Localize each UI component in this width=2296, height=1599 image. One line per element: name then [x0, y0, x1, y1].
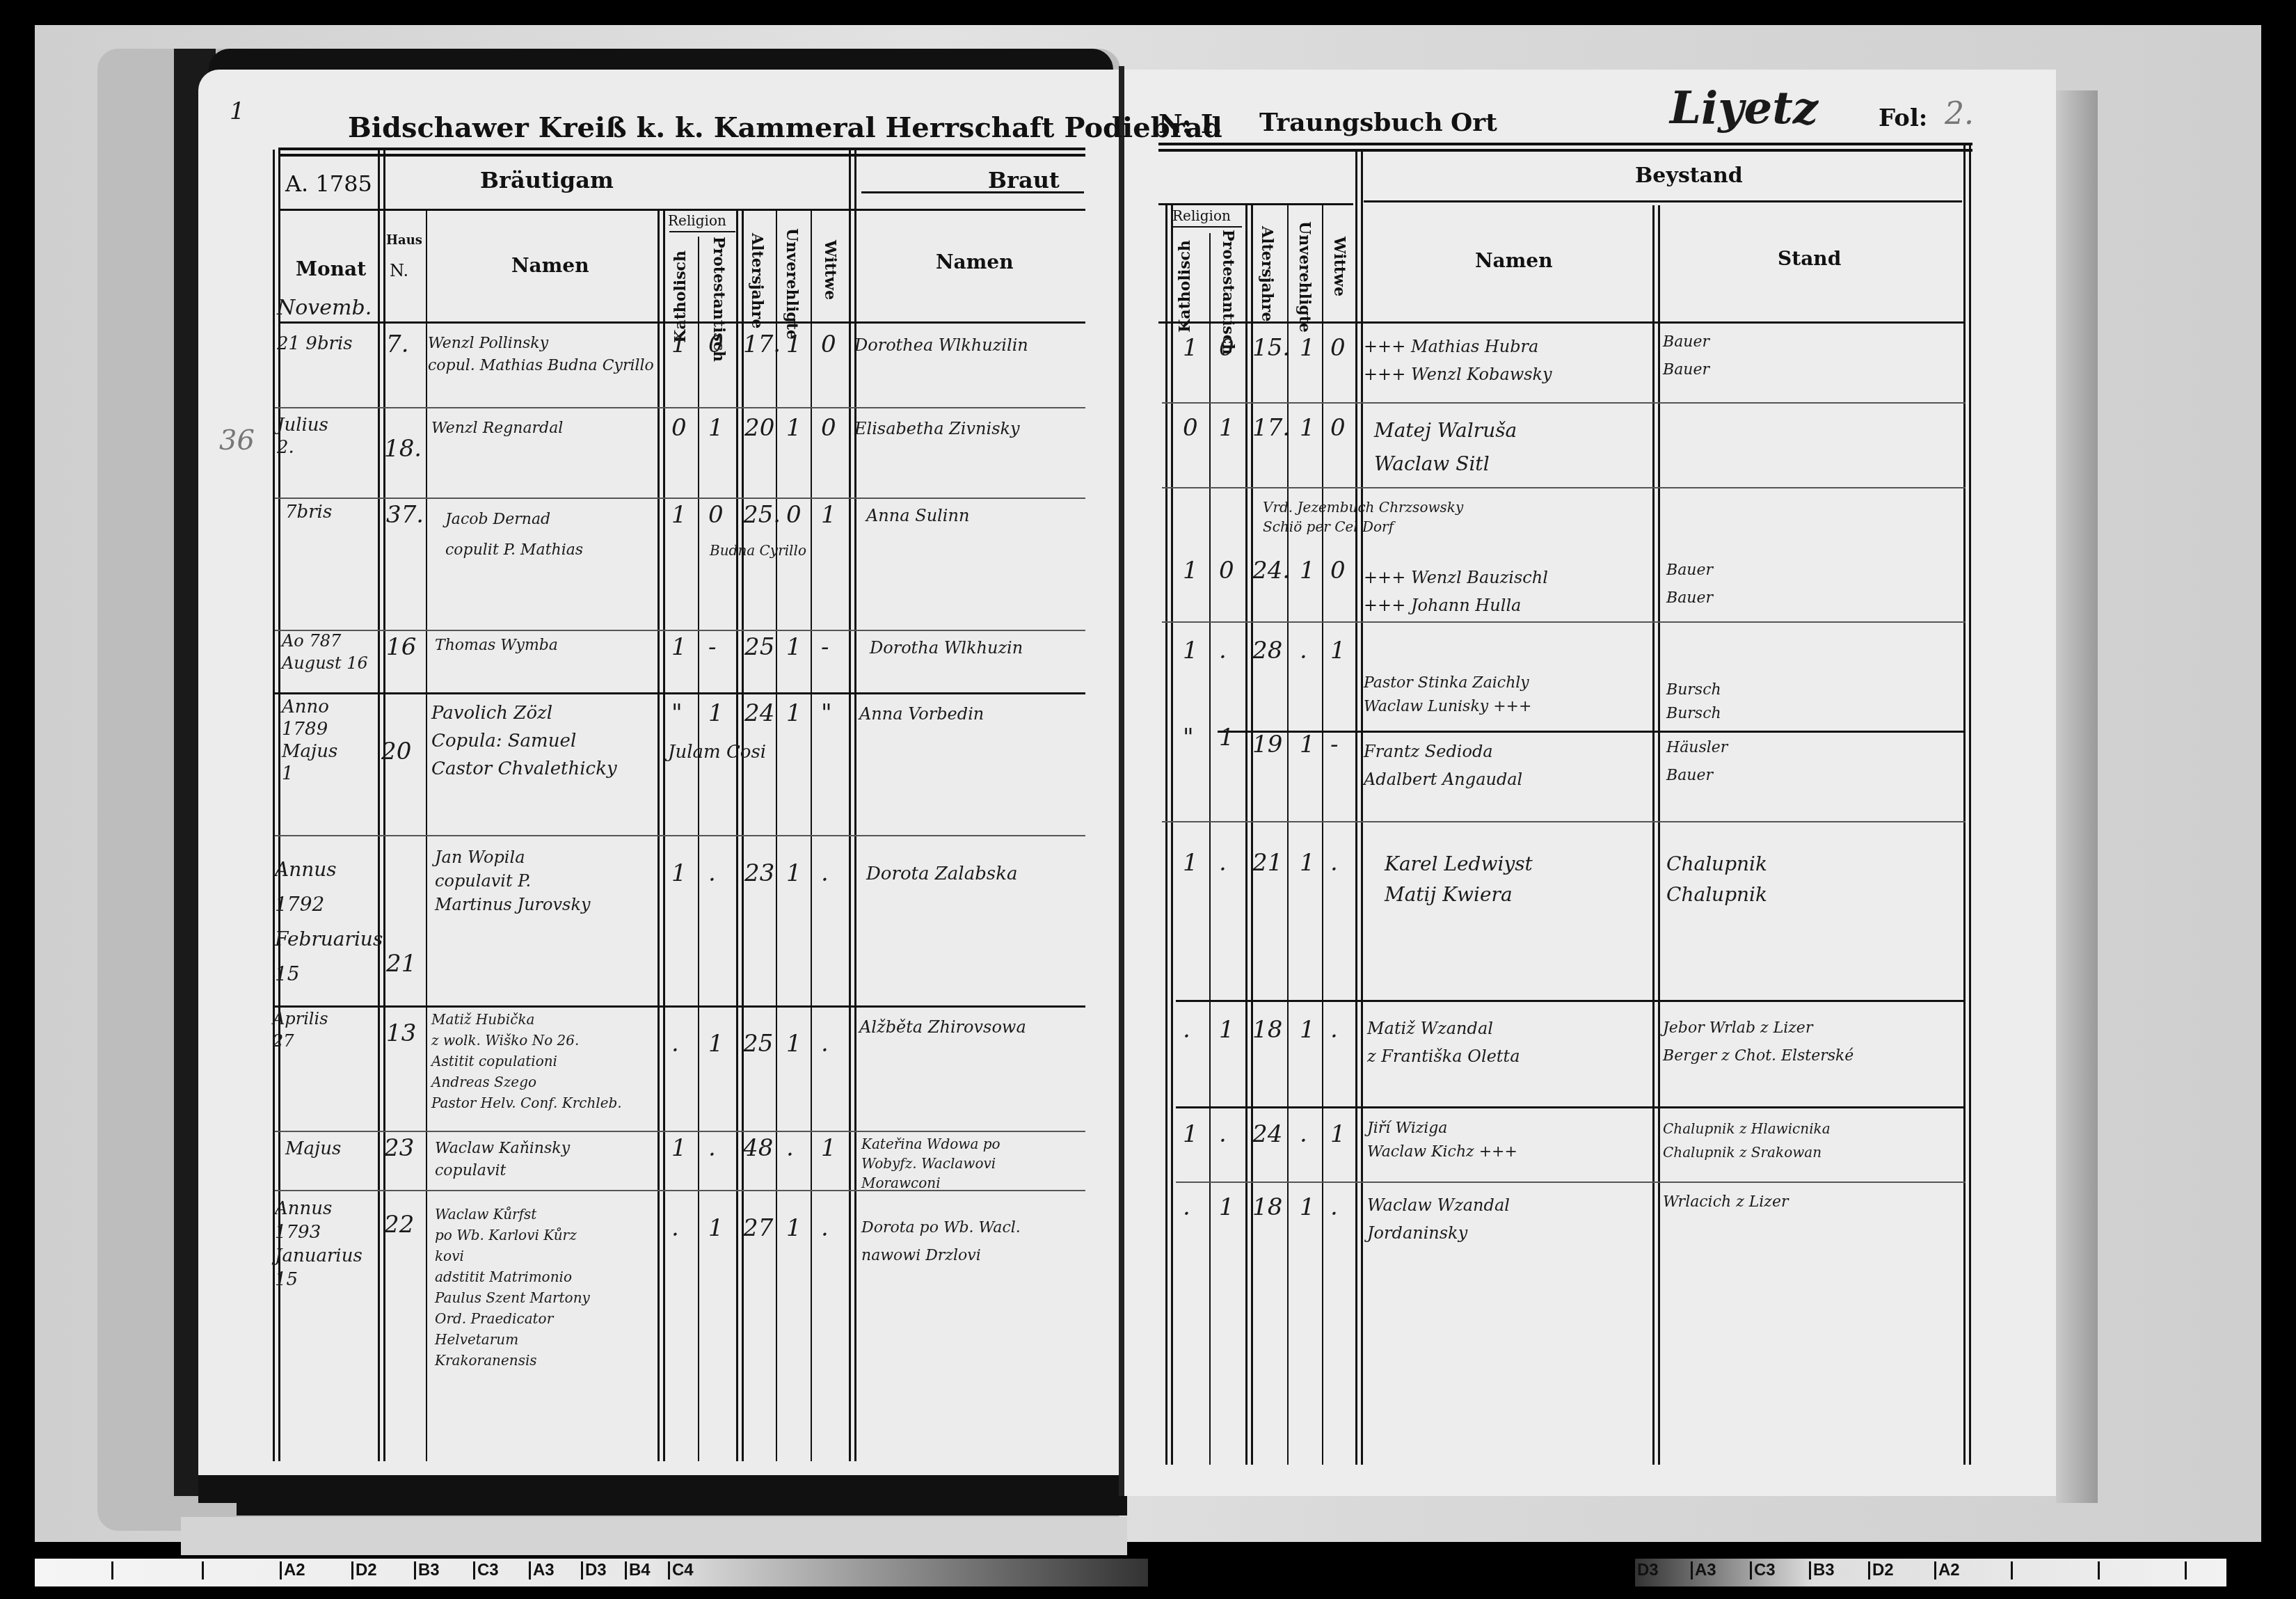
row-witnesses: Pastor Stinka Zaichly Waclaw Lunisky +++	[1364, 671, 1531, 719]
right-col-divider-wittwe	[1355, 150, 1357, 1465]
left-table-top-border	[278, 148, 1085, 150]
row-prot: .	[1219, 1120, 1227, 1148]
right-col-divider-alter	[1287, 205, 1289, 1465]
row-wittwe: 0	[1330, 414, 1346, 442]
row-note: Vrd. Jezembuch Chrzsowsky Schiö per Cel …	[1263, 498, 1463, 536]
row-wittwe: -	[1330, 731, 1339, 758]
row-monat: Julius 2.	[277, 414, 328, 459]
row-alter: 24	[744, 699, 774, 727]
ort-label: Ort	[1451, 108, 1497, 137]
row-haus: 18.	[384, 435, 422, 463]
row-stand: Bauer Bauer	[1663, 328, 1709, 384]
ruler-tick: D2	[1868, 1561, 1870, 1580]
row-rule	[1176, 1106, 1966, 1108]
row-groom: Wenzl Regnardal	[431, 417, 563, 440]
row-kath: 1	[1183, 849, 1198, 877]
ruler-tick: A3	[1691, 1561, 1693, 1580]
row-prot: 0	[708, 501, 724, 529]
row-kath: .	[1183, 1193, 1190, 1221]
row-stand: Häusler Bauer	[1666, 734, 1728, 790]
row-kath: .	[671, 1214, 679, 1242]
religion-underline	[669, 231, 735, 232]
row-unver: 1	[786, 1030, 802, 1058]
row-unver: 1	[786, 699, 802, 727]
month-heading: Novemb.	[277, 296, 372, 320]
row-haus: 16	[386, 633, 416, 661]
row-wittwe: 0	[821, 414, 836, 442]
folio-number: 2.	[1945, 96, 1974, 132]
row-kath: "	[1183, 724, 1194, 751]
row-prot: -	[708, 633, 717, 661]
row-haus: 37.	[386, 501, 424, 529]
row-bride: Elisabetha Zivnisky	[854, 417, 1020, 440]
beystand-underline	[1364, 200, 1962, 202]
row-rule	[275, 498, 1085, 499]
right-religion-block-rule	[1158, 203, 1353, 205]
row-kath: 1	[671, 1134, 687, 1162]
col-header-bride-namen: Namen	[936, 250, 1014, 273]
right-col-header-unverehligte: Unverehligte	[1296, 221, 1314, 333]
ruler-tick: A2	[1934, 1561, 1936, 1580]
row-unver: 1	[1300, 334, 1315, 362]
row-bride: Anna Sulinn	[866, 504, 969, 527]
witness-header: Beystand	[1635, 164, 1743, 188]
row-kath: .	[671, 1030, 679, 1058]
row-kath: 1	[1183, 557, 1198, 584]
row-alter: 23	[744, 859, 774, 887]
row-wittwe: .	[821, 859, 829, 887]
ruler-tick: A3	[529, 1561, 531, 1580]
row-groom: Jacob Dernad copulit P. Mathias	[445, 504, 583, 566]
row-alter: 24	[1252, 1120, 1282, 1148]
ruler-tick: A2	[280, 1561, 282, 1580]
row-alter: 48	[743, 1134, 773, 1162]
row-groom: Wenzl Pollinsky copul. Mathias Budna Cyr…	[428, 333, 654, 377]
row-haus: 23	[384, 1134, 414, 1162]
col-header-wittwe: Wittwe	[821, 240, 839, 300]
row-wittwe: .	[1330, 1016, 1338, 1044]
scan-ruler-right: D3 A3 C3 B3 D2 A2	[1635, 1559, 2226, 1586]
row-groom: Pavolich Zözl Copula: Samuel Castor Chva…	[431, 699, 617, 783]
row-witnesses: +++ Mathias Hubra +++ Wenzl Kobawsky	[1364, 333, 1552, 388]
row-stand: Bauer Bauer	[1666, 557, 1713, 612]
row-wittwe: 0	[1330, 557, 1346, 584]
ruler-tick: D2	[351, 1561, 353, 1580]
row-prot: 0	[1219, 557, 1234, 584]
row-monat: Majus	[285, 1138, 341, 1160]
row-monat: Annus 1792 Februarius 15	[275, 852, 383, 992]
row-wittwe: .	[1330, 849, 1338, 877]
row-haus: 7.	[386, 331, 408, 358]
row-haus: 21	[386, 950, 416, 978]
row-bride: Anna Vorbedin	[859, 703, 984, 725]
col-header-altersjahre: Altersjahre	[748, 233, 766, 328]
row-alter: 19	[1252, 731, 1282, 758]
row-monat: 21 9bris	[277, 333, 353, 355]
row-unver: .	[1300, 637, 1307, 665]
row-alter: 25	[743, 1030, 773, 1058]
row-unver: 1	[786, 414, 802, 442]
row-unver: 1	[1300, 849, 1315, 877]
row-bride: Alžběta Zhirovsowa	[859, 1016, 1026, 1038]
row-kath: 1	[1183, 1120, 1198, 1148]
row-rule	[1176, 1000, 1966, 1002]
row-rule	[1162, 621, 1966, 623]
row-prot: 1	[1219, 1193, 1234, 1221]
ruler-tick: C3	[1750, 1561, 1752, 1580]
place-name: Liyetz	[1670, 82, 1818, 134]
row-monat: Annus 1793 Januarius 15	[275, 1197, 362, 1291]
right-col-header-katholisch: Katholisch	[1176, 240, 1194, 333]
row-unver: 0	[786, 501, 802, 529]
row-monat: Anno 1789 Majus 1	[282, 696, 337, 785]
row-unver: .	[1300, 1120, 1307, 1148]
col-header-unverehligte: Unverehligte	[783, 228, 801, 340]
groom-header: Bräutigam	[480, 167, 614, 193]
row-prot: .	[708, 859, 716, 887]
row-wittwe: 1	[821, 501, 836, 529]
row-kath: .	[1183, 1016, 1190, 1044]
row-prot: 1	[708, 414, 724, 442]
register-number: N: I.	[1158, 108, 1222, 139]
ruler-tick: C4	[668, 1561, 670, 1580]
row-kath: 1	[1183, 334, 1198, 362]
right-header-bottom-rule	[1158, 321, 1966, 324]
row-unver: 1	[1300, 1193, 1315, 1221]
ruler-tick: B3	[1809, 1561, 1811, 1580]
row-stand: Wrlacich z Lizer	[1663, 1191, 1789, 1214]
row-wittwe: 1	[1330, 1120, 1346, 1148]
row-prot: 1	[1219, 724, 1234, 751]
col-header-katholisch: Katholisch	[671, 250, 689, 343]
row-alter: 17.	[1252, 414, 1290, 442]
row-wittwe: .	[821, 1030, 829, 1058]
row-wittwe: .	[1330, 1193, 1338, 1221]
row-monat: Aprilis 27	[273, 1008, 328, 1052]
row-prot: 1	[708, 1030, 724, 1058]
row-note: Budna Cyrillo	[710, 539, 806, 562]
row-monat: Ao 787 August 16	[282, 630, 368, 674]
row-alter: 20	[744, 414, 774, 442]
row-alter: 28	[1252, 637, 1282, 665]
right-col-header-stand: Stand	[1778, 247, 1841, 270]
row-alter: 18	[1252, 1193, 1282, 1221]
row-prot: .	[1219, 637, 1227, 665]
bottom-paper-fold	[181, 1517, 1127, 1555]
row-bride: Dorothea Wlkhuzilin	[854, 334, 1028, 356]
row-stand: Jebor Wrlab z Lizer Berger z Chot. Elste…	[1663, 1015, 1853, 1070]
right-table-border	[1963, 143, 1966, 1465]
row-unver: 1	[1300, 414, 1315, 442]
right-page-edge	[2056, 90, 2098, 1503]
col-header-monat: Monat	[296, 257, 366, 280]
row-wittwe: -	[821, 633, 829, 661]
row-haus: 13	[386, 1019, 416, 1047]
ruler-tick	[202, 1561, 204, 1580]
row-kath: 1	[671, 501, 687, 529]
corner-mark: 1	[230, 97, 245, 125]
book-gutter	[1119, 66, 1124, 1506]
row-witnesses: Jiří Wiziga Waclaw Kichz +++	[1367, 1117, 1517, 1164]
row-prot: 1	[1219, 414, 1234, 442]
row-kath: 1	[671, 331, 687, 358]
row-prot: 0	[708, 331, 724, 358]
col-header-haus: Haus	[386, 233, 422, 248]
ruler-tick	[2011, 1561, 2013, 1580]
year-label: A. 1785	[285, 170, 372, 197]
right-col-divider-kath	[1209, 233, 1211, 1465]
left-page-title: Bidschawer Kreiß k. k. Kammeral Herrscha…	[348, 111, 1222, 144]
row-groom: Waclaw Kaňinsky copulavit	[435, 1138, 570, 1182]
row-haus: 20	[381, 738, 411, 765]
row-bride: Dorota po Wb. Wacl. nawowi Drzlovi	[861, 1214, 1021, 1270]
row-witnesses: +++ Wenzl Bauzischl +++ Johann Hulla	[1364, 564, 1548, 619]
margin-note: 36	[219, 424, 255, 456]
row-groom: Matiž Hubička z wolk. Wiško No 26. Astit…	[431, 1009, 622, 1113]
right-col-divider-unver	[1322, 205, 1323, 1465]
row-prot: .	[708, 1134, 716, 1162]
row-rule	[275, 1131, 1085, 1132]
row-rule	[275, 1005, 1085, 1008]
page-bottom-damage	[237, 1496, 1127, 1516]
row-rule	[1162, 821, 1966, 822]
row-rule	[275, 835, 1085, 836]
row-alter: 17.	[743, 331, 781, 358]
row-bride: Kateřina Wdowa po Wobyfz. Waclawovi Mora…	[861, 1134, 1000, 1193]
row-alter: 25.	[743, 501, 781, 529]
row-kath: 1	[1183, 637, 1198, 665]
right-col-header-namen: Namen	[1475, 249, 1553, 272]
row-rule	[275, 630, 1085, 631]
right-col-divider-prot	[1245, 205, 1247, 1465]
col-divider-kath	[698, 237, 699, 1461]
col-divider-monat	[378, 150, 380, 1461]
row-alter: 27	[743, 1214, 773, 1242]
right-table-top-border	[1158, 143, 1972, 145]
row-bride: Dorota Zalabska	[866, 863, 1017, 885]
row-wittwe: "	[821, 699, 832, 727]
row-rule	[275, 407, 1085, 408]
row-unver: 1	[786, 331, 802, 358]
col-header-haus-n: N.	[390, 261, 408, 280]
row-wittwe: 0	[821, 331, 836, 358]
ruler-tick: B3	[414, 1561, 416, 1580]
row-bride: Dorotha Wlkhuzin	[870, 637, 1023, 659]
right-col-header-altersjahre: Altersjahre	[1258, 226, 1276, 321]
row-kath: 1	[671, 859, 687, 887]
ruler-tick: D3	[581, 1561, 583, 1580]
ruler-tick	[2185, 1561, 2187, 1580]
row-unver: 1	[786, 1214, 802, 1242]
row-kath: "	[671, 699, 683, 727]
row-wittwe: .	[821, 1214, 829, 1242]
bride-header: Braut	[988, 167, 1060, 193]
scan-ruler-left: A2 D2 B3 C3 A3 D3 B4 C4	[35, 1559, 1148, 1586]
row-stand: Chalupnik z Hlawicnika Chalupnik z Srako…	[1663, 1117, 1831, 1164]
register-book-title: Traungsbuch	[1259, 108, 1443, 137]
row-monat: 7bris	[285, 501, 332, 523]
right-col-header-wittwe: Wittwe	[1330, 237, 1348, 296]
row-groom: Waclaw Kůrfst po Wb. Karlovi Kůrz kovi a…	[435, 1204, 590, 1371]
row-unver: 1	[1300, 1016, 1315, 1044]
row-rule	[275, 692, 1085, 694]
row-wittwe: 1	[821, 1134, 836, 1162]
row-unver: 1	[786, 633, 802, 661]
row-unver: .	[786, 1134, 794, 1162]
row-stand: Chalupnik Chalupnik	[1666, 849, 1767, 910]
row-stand: Bursch Bursch	[1666, 678, 1721, 726]
row-haus: 22	[384, 1211, 414, 1239]
row-alter: 25	[744, 633, 774, 661]
row-rule	[1176, 1182, 1966, 1183]
row-kath: 0	[671, 414, 687, 442]
row-wittwe: 0	[1330, 334, 1346, 362]
row-witnesses: Karel Ledwiyst Matij Kwiera	[1385, 849, 1533, 910]
left-subheader-rule	[278, 209, 1085, 211]
col-header-religion: Religion	[668, 212, 726, 229]
row-kath: 1	[671, 633, 687, 661]
row-alter: 18	[1252, 1016, 1282, 1044]
row-alter: 24.	[1252, 557, 1290, 584]
row-prot: 1	[708, 1214, 724, 1242]
row-groom: Jan Wopila copulavit P. Martinus Jurovsk…	[435, 845, 591, 916]
folio-label: Fol:	[1879, 104, 1927, 132]
row-kath: 0	[1183, 414, 1198, 442]
row-alter: 21	[1252, 849, 1282, 877]
row-witnesses: Waclaw Wzandal Jordaninsky	[1367, 1191, 1510, 1247]
row-prot: 0	[1219, 334, 1234, 362]
row-prot: 1	[708, 699, 724, 727]
row-witnesses: Matiž Wzandal z Františka Oletta	[1367, 1015, 1520, 1070]
row-unver: 1	[786, 859, 802, 887]
row-wittwe: 1	[1330, 637, 1346, 665]
col-divider-wittwe	[849, 150, 851, 1461]
row-witnesses: Matej Walruša Waclaw Sitl	[1374, 414, 1517, 481]
right-col-header-religion: Religion	[1172, 207, 1231, 224]
right-col-border	[1165, 205, 1167, 1465]
col-header-groom-namen: Namen	[511, 254, 589, 277]
right-col-divider-namen	[1652, 205, 1655, 1465]
right-religion-underline	[1172, 226, 1242, 228]
row-rule	[1162, 402, 1966, 404]
row-note: Julam Cosi	[668, 741, 766, 763]
ruler-tick	[2098, 1561, 2100, 1580]
row-groom: Thomas Wymba	[435, 635, 558, 657]
row-unver: 1	[1300, 557, 1315, 584]
ruler-tick: C3	[473, 1561, 475, 1580]
row-rule	[1162, 487, 1966, 488]
row-witnesses: Frantz Sedioda Adalbert Angaudal	[1364, 738, 1522, 793]
ruler-tick: B4	[625, 1561, 627, 1580]
row-prot: 1	[1219, 1016, 1234, 1044]
row-alter: 15.	[1252, 334, 1290, 362]
ruler-tick	[111, 1561, 113, 1580]
row-prot: .	[1219, 849, 1227, 877]
row-unver: 1	[1300, 731, 1315, 758]
